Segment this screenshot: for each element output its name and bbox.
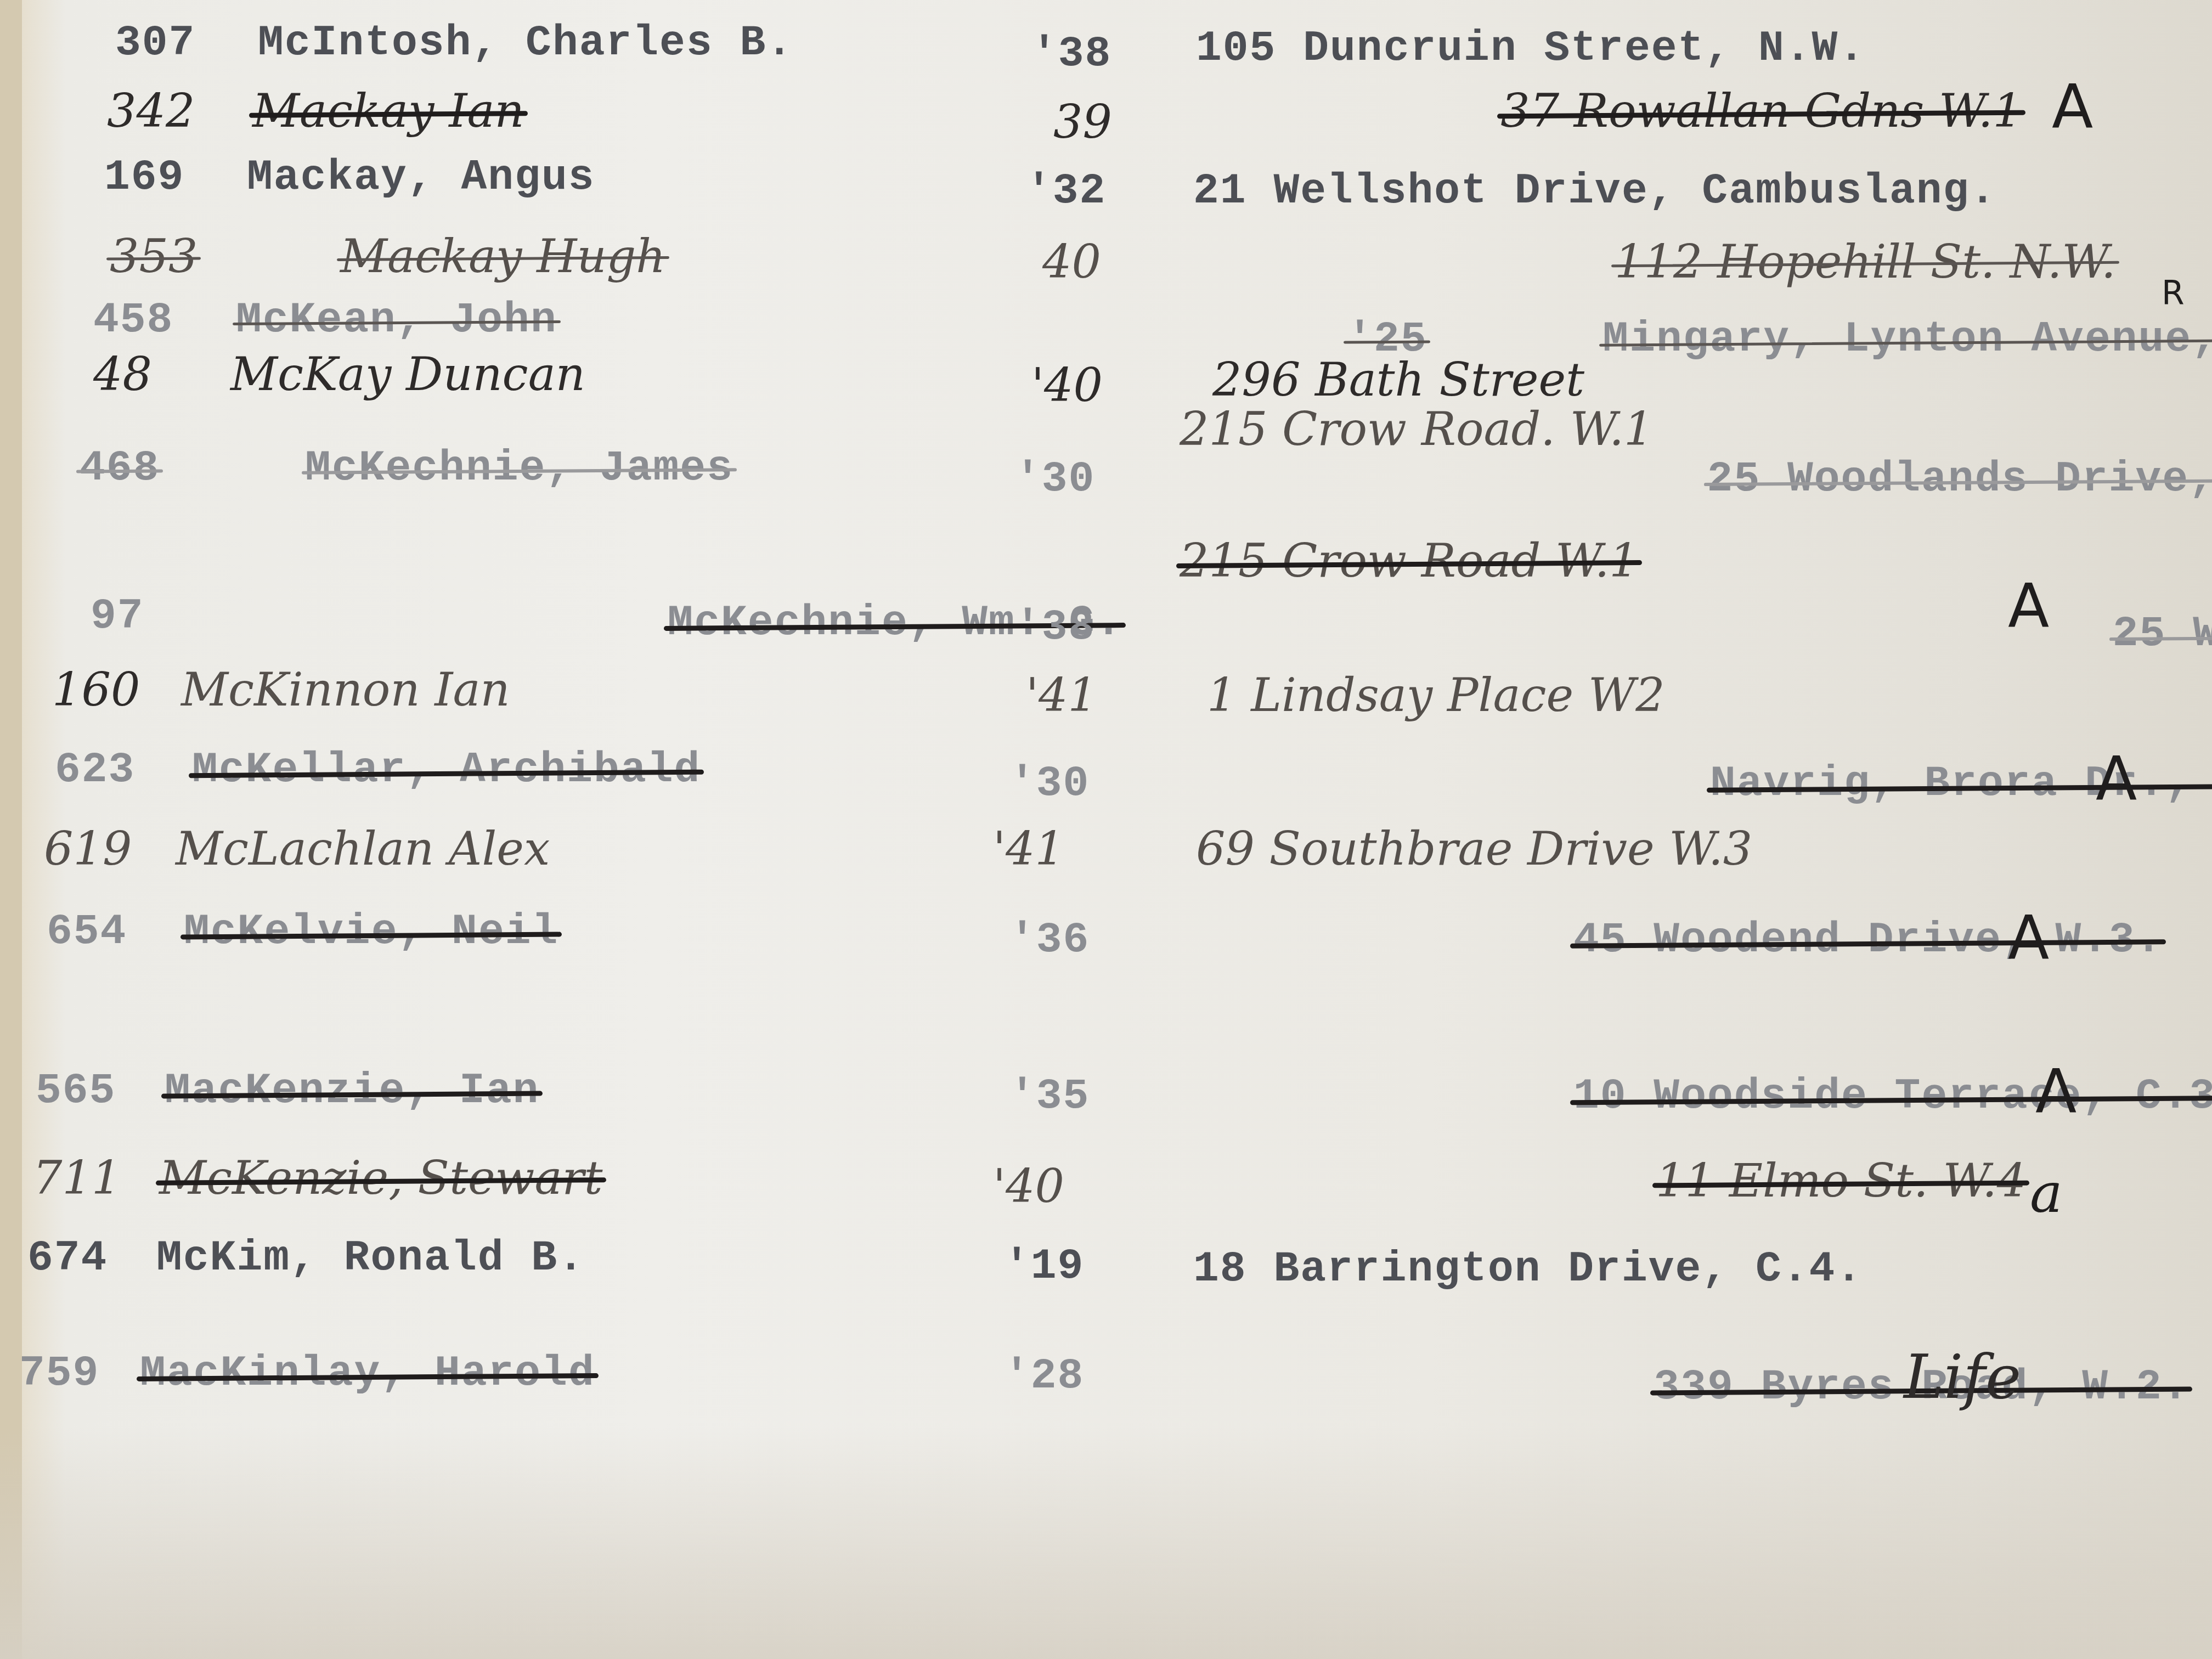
entry-number: 353 — [110, 233, 198, 279]
entry-name: McKechnie, James — [305, 447, 733, 490]
entry-number: 619 — [44, 826, 132, 872]
entry-name: McKim, Ronald B. — [156, 1237, 585, 1280]
page-edge — [0, 0, 22, 1659]
entry-address: 1 Lindsay Place W2 — [1207, 672, 1665, 718]
entry-note: A — [2008, 576, 2049, 636]
entry-address: 11 Elmo St. W.4 — [1656, 1158, 2026, 1204]
entry-number: 160 — [52, 667, 140, 713]
entry-number: 565 — [36, 1070, 116, 1113]
entry-name: Mackay Ian — [252, 88, 524, 134]
entry-number: 169 — [104, 156, 184, 199]
entry-name: Mackay Hugh — [340, 233, 666, 279]
entry-address: 37 Rowallan Gdns W.1 — [1500, 88, 2022, 134]
entry-year: '40 — [1031, 362, 1103, 408]
entry-number: 458 — [93, 299, 173, 342]
entry-name: McKelvie, Neil — [184, 911, 558, 953]
entry-year: '30 — [1009, 763, 1090, 805]
entry-number: 48 — [93, 351, 152, 397]
entry-name: McKay Duncan — [230, 351, 585, 397]
entry-year: '41 — [1026, 672, 1097, 718]
entry-name: McKean, John — [236, 299, 557, 342]
entry-year: 40 — [1042, 239, 1101, 285]
entry-note: A — [2096, 749, 2137, 809]
entry-year: '38 — [1015, 606, 1095, 649]
entry-name: McIntosh, Charles B. — [258, 22, 793, 65]
entry-address: 45 Woodend Drive, W.3. — [1573, 919, 2163, 962]
entry-address: 25 Woodlands Drive, C.4. — [2113, 613, 2212, 656]
entry-note: A — [2035, 1062, 2076, 1122]
entry-year: '35 — [1009, 1075, 1090, 1118]
entry-name: McKellar, Archibald — [192, 749, 701, 792]
entry-address-extra: 215 Crow Road. W.1 — [1180, 406, 1654, 452]
entry-year: '32 — [1026, 170, 1106, 213]
entry-year: '41 — [993, 826, 1064, 872]
entry-number: 342 — [107, 88, 195, 134]
entry-name: McLachlan Alex — [176, 826, 550, 872]
entry-number: 654 — [47, 911, 127, 953]
entry-address: 21 Wellshot Drive, Cambuslang. — [1193, 170, 1996, 213]
entry-address-above: 215 Crow Road W.1 — [1180, 538, 1639, 584]
entry-note: R — [2162, 277, 2185, 310]
entry-year: '40 — [993, 1163, 1064, 1209]
entry-address: 112 Hopehill St. N.W. — [1615, 239, 2116, 285]
entry-name: McKinnon Ian — [181, 667, 510, 713]
entry-note: Life — [1904, 1347, 2021, 1407]
entry-name: MacKenzie, Ian — [165, 1070, 539, 1113]
entry-number: 97 — [91, 595, 144, 638]
entry-year: '38 — [1031, 33, 1111, 76]
entry-address: 10 Woodside Terrace, C.3. — [1573, 1075, 2212, 1118]
entry-name: MacKinlay, Harold — [140, 1352, 595, 1395]
entry-note: A — [2008, 908, 2049, 968]
entry-year: '36 — [1009, 919, 1090, 962]
entry-address: Mingary, Lynton Avenue, Giffnock. — [1602, 318, 2212, 361]
entry-note: A — [2052, 77, 2093, 137]
entry-name: Mackay, Angus — [247, 156, 595, 199]
entry-number: 468 — [80, 447, 160, 490]
entry-note: a — [2030, 1166, 2063, 1221]
entry-number: 623 — [55, 749, 135, 792]
entry-number: 711 — [33, 1155, 121, 1201]
page-bottom-shadow — [0, 1426, 2212, 1659]
entry-year: 39 — [1053, 99, 1112, 145]
entry-year: '30 — [1015, 458, 1095, 501]
entry-year: '28 — [1004, 1355, 1084, 1398]
entry-number: 674 — [27, 1237, 108, 1280]
entry-year: '19 — [1004, 1245, 1084, 1288]
entry-number: 307 — [115, 22, 195, 65]
entry-name: McKenzie, Stewart — [159, 1155, 603, 1201]
entry-number: 759 — [19, 1352, 99, 1395]
entry-address: 105 Duncruin Street, N.W. — [1196, 27, 1865, 70]
entry-address: 69 Southbrae Drive W.3 — [1196, 826, 1752, 872]
entry-address: 18 Barrington Drive, C.4. — [1193, 1248, 1863, 1291]
entry-address: 296 Bath Street — [1212, 357, 1584, 403]
entry-address: 25 Woodlands Drive, C.4. — [1707, 458, 2212, 501]
